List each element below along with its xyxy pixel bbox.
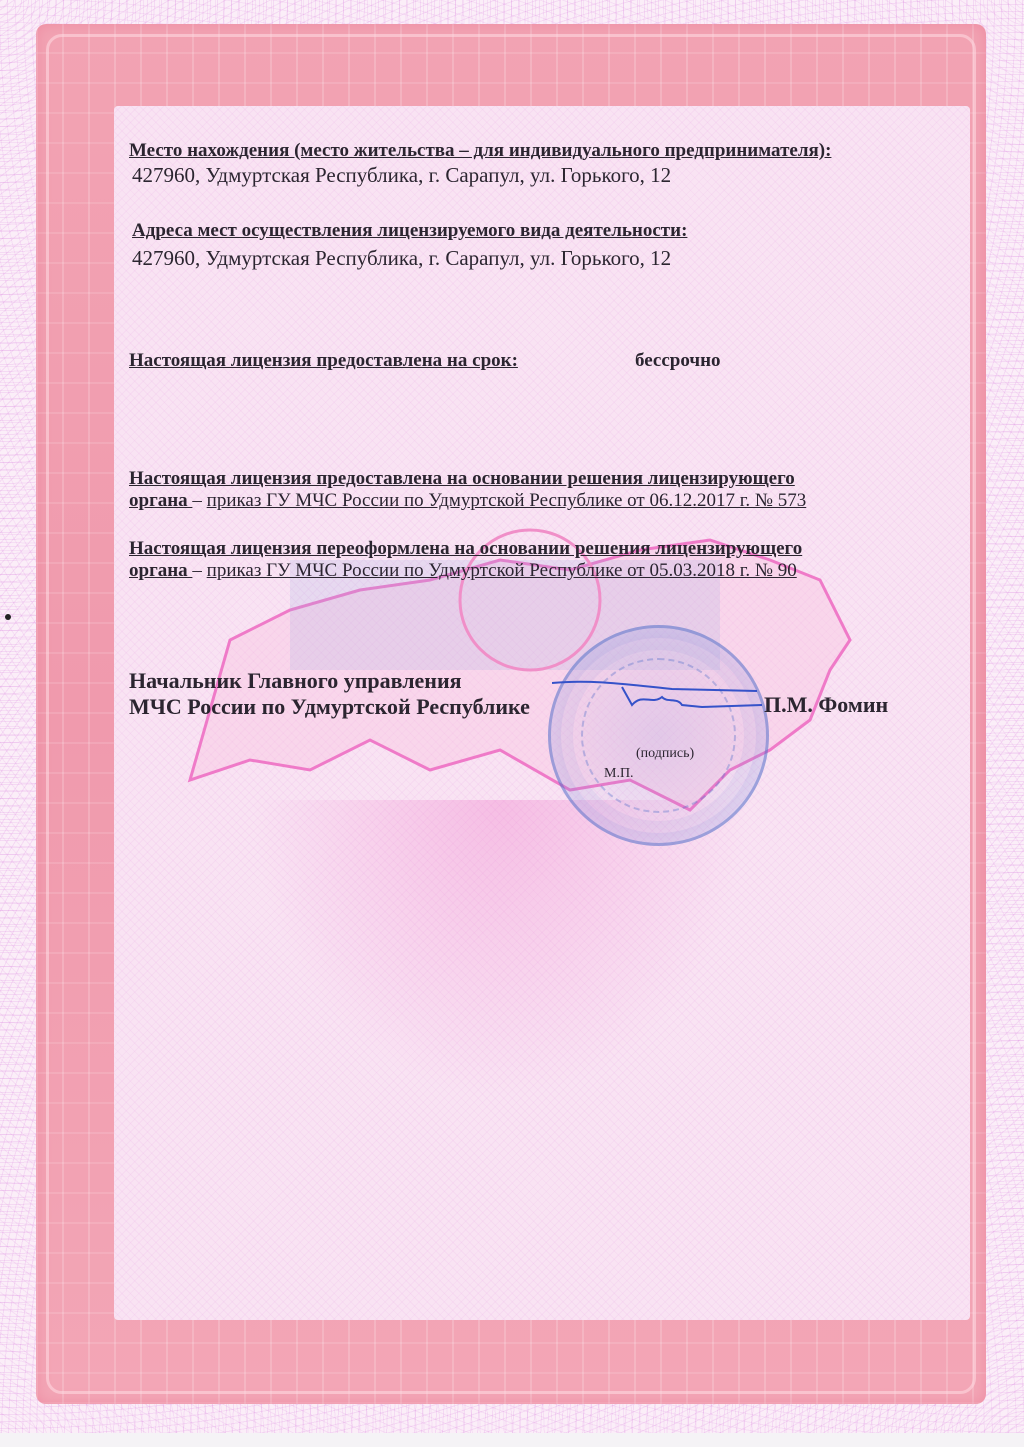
signature-caption: (подпись) (636, 746, 694, 762)
reissued-basis-label-line1: Настоящая лицензия переоформлена на осно… (129, 538, 802, 560)
seal-caption: М.П. (604, 766, 634, 782)
term-value: бессрочно (635, 350, 721, 372)
scan-edge (0, 1433, 1024, 1447)
signatory-title-line2: МЧС России по Удмуртской Республике (129, 694, 530, 720)
location-value: 427960, Удмуртская Республика, г. Сарапу… (132, 163, 671, 188)
signatory-name: П.М. Фомин (764, 692, 888, 718)
granted-basis-dash: – (192, 490, 206, 511)
reissued-basis-value: приказ ГУ МЧС России по Удмуртской Респу… (207, 560, 797, 581)
reissued-basis-dash: – (192, 560, 206, 581)
activity-addresses-label: Адреса мест осуществления лицензируемого… (132, 220, 687, 242)
reissued-basis-label-line2: органа (129, 560, 192, 581)
scan-mark (5, 614, 11, 620)
granted-basis-label-line1: Настоящая лицензия предоставлена на осно… (129, 468, 795, 490)
signatory-title-line1: Начальник Главного управления (129, 668, 462, 694)
term-label: Настоящая лицензия предоставлена на срок… (129, 350, 518, 372)
location-label: Место нахождения (место жительства – для… (129, 140, 831, 162)
granted-basis-value: приказ ГУ МЧС России по Удмуртской Респу… (207, 490, 807, 511)
activity-addresses-value: 427960, Удмуртская Республика, г. Сарапу… (132, 246, 671, 271)
granted-basis-label-line2: органа (129, 490, 192, 511)
